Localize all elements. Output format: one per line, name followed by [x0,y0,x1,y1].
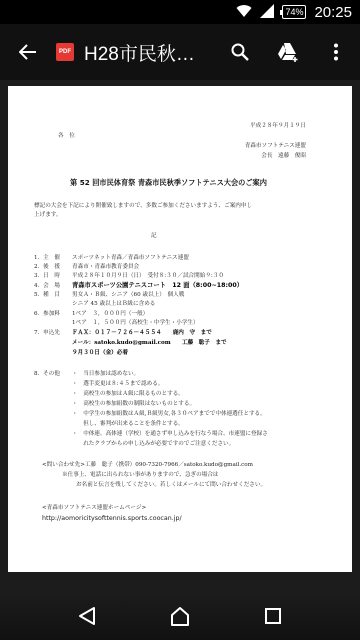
other-item: ・ 中体連、高体連（学校）を通さず申し込みを行なう場合、市連盟に登録さ [72,430,268,439]
system-nav-bar [0,592,360,640]
pdf-viewer[interactable]: 平成２８年９月１９日 各 位 青森市ソフトテニス連盟 会長 遠藤 俊昭 第 52… [0,80,360,576]
pdf-file-icon: PDF [56,43,74,61]
recipient: 各 位 [58,132,75,141]
item-application-fax: 7．申込先ＦＡＸ：０１７－７２６－４５５４ 鹿内 守 まで [34,329,212,338]
back-button[interactable] [0,24,56,80]
document-date: 平成２８年９月１９日 [250,122,306,131]
status-bar: 74% 20:25 [0,0,360,24]
nav-back-button[interactable] [63,592,111,640]
document-title: H28市民秋… [84,39,216,66]
other-label: 8．その他 [34,370,60,379]
item-fee: 6．参加料1ペア ３，０００円（一般） [34,310,148,319]
item-organizer: 1．主 催スポーツネット青森／青森市ソフトテニス連盟 [34,254,189,263]
item-sponsor: 2．後 援青森市・青森市教育委員会 [34,263,139,272]
president: 会長 遠藤 俊昭 [261,152,306,161]
contact-note-2: お名前と伝言を残してください。若しくはメールにて問い合わせください。 [76,481,266,490]
intro-text: 標記の大会を下記により開催致しますので、多数ご参加くださいますよう、ご案内申し [34,202,252,211]
other-item: ・ 選手変更は８:４５まで認める。 [72,380,163,389]
app-bar: PDF H28市民秋… [0,24,360,80]
add-to-drive-button[interactable] [264,24,312,80]
item-date: 3．日 時平成２８年１０月９日（日） 受付８:３０／試合開始９:３０ [34,272,224,281]
nav-home-button[interactable] [156,592,204,640]
other-item: 但し、審判が出来ることを条件とする。 [72,420,184,429]
search-button[interactable] [216,24,264,80]
nav-recents-button[interactable] [249,592,297,640]
arrow-back-icon [19,43,37,61]
other-item: ・ 高校生の参加はＡ級に限るものとする。 [72,390,184,399]
item-deadline: ９月３０日（金）必着 [34,349,128,358]
battery-icon: 74% [282,5,306,19]
homepage-label: <青森市ソフトテニス連盟ホームページ> [42,504,146,513]
item-application-email: メール：satoko.kudo@gmail.com 工藤 聡子 まで [34,339,227,348]
more-vert-icon [333,43,339,61]
organization: 青森市ソフトテニス連盟 [245,142,306,151]
back-icon [78,606,96,626]
home-icon [170,606,190,626]
pdf-page: 平成２８年９月１９日 各 位 青森市ソフトテニス連盟 会長 遠藤 俊昭 第 52… [8,86,352,572]
item-events-note: シニア 45 歳以上はＢ級に含める [34,300,155,309]
signal-icon [260,4,274,21]
other-item: れたクラブからの申し込みが必要ですのでご注意ください。 [72,440,234,449]
item-events: 5．種 目男女Ａ・Ｂ級、シニア（60 歳以上） 個人戦 [34,291,184,300]
ki-heading: 記 [151,232,157,241]
search-icon [231,43,249,61]
recents-icon [264,607,282,625]
other-item: ・ 当日参加は認めない。 [72,370,139,379]
item-fee-student: 1ペア １，５００円（高校生・中学生・小学生） [34,319,199,328]
other-item: ・ 中学生の参加組数はＡ級,Ｂ級男女,各３０ペアまでで中体連選任とする。 [72,410,266,419]
item-venue: 4．会 場青森市スポーツ公園テニスコート 12 面（8:00~18:00） [34,281,243,291]
more-options-button[interactable] [312,24,360,80]
clock: 20:25 [314,4,352,21]
contact-info: <問い合わせ先>工藤 聡子（携帯）090-7320-7966／satoko.ku… [42,461,253,470]
intro-text-2: 上げます。 [34,211,62,220]
contact-note: ※仕事上、電話に出られない事がありますので、急ぎの場合は [62,471,219,480]
other-item: ・ 高校生の参加組数の制限はないものとする。 [72,400,195,409]
homepage-link[interactable]: http://aomoricitysofttennis.sports.cooca… [42,514,182,524]
wifi-icon [236,4,252,21]
document-heading: 第 52 回市民体育祭 青森市民秋季ソフトテニス大会のご案内 [70,177,267,188]
drive-add-icon [277,42,299,62]
